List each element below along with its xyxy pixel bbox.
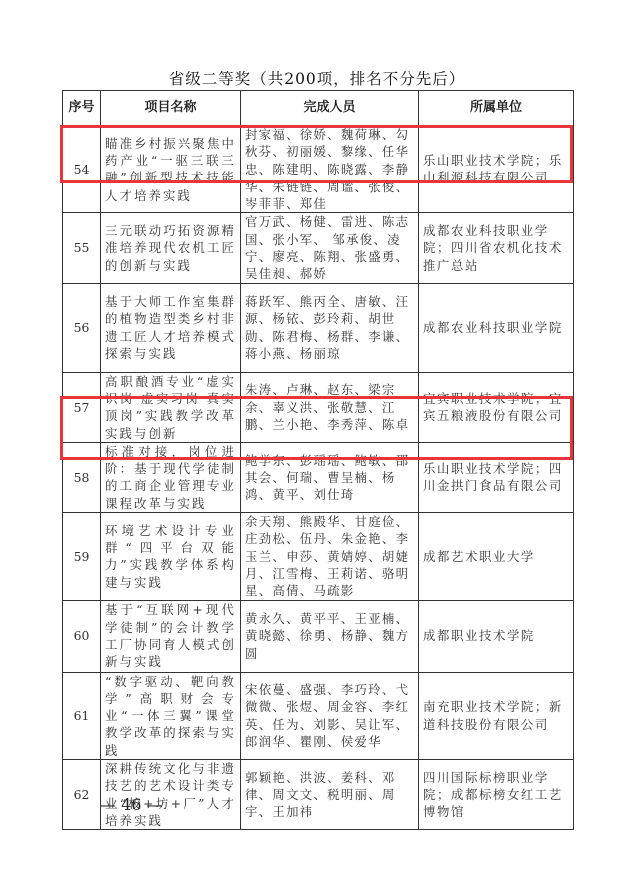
row-people: 余天翔、熊殿华、甘庭俭、庄劲松、伍丹、朱金艳、李玉兰、申莎、黄婧婷、胡婕月、江雪… (241, 513, 419, 600)
table-row: 59 环境艺术设计专业群“四平台双能力”实践教学体系构建与实践 余天翔、熊殿华、… (63, 513, 574, 600)
row-unit: 南充职业技术学院；新道科技股份有限公司 (419, 672, 574, 759)
row-number: 58 (63, 442, 101, 512)
row-project: 环境艺术设计专业群“四平台双能力”实践教学体系构建与实践 (101, 513, 241, 600)
row-project: 标准对接，岗位进阶：基于现代学徒制的工商企业管理专业课程改革与实践 (101, 442, 241, 512)
row-project: “数字驱动、靶向教学”高职财会专业“一体三翼”课堂教学改革的探索与实践 (101, 672, 241, 759)
row-project: 高职酿酒专业“虚实识岗 虚实习岗 真实顶岗”实践教学改革实践与创新 (101, 372, 241, 442)
page-title: 省级二等奖（共200项，排名不分先后） (0, 67, 634, 89)
row-number: 60 (63, 600, 101, 672)
row-number: 56 (63, 283, 101, 372)
table-row: 58 标准对接，岗位进阶：基于现代学徒制的工商企业管理专业课程改革与实践 鲍学东… (63, 442, 574, 512)
header-unit: 所属单位 (419, 91, 574, 126)
row-people: 鲍学东、彭瑶瑶、鲍敏、邵其会、何瑞、曹呈楠、杨鸿、黄平、刘仕琦 (241, 442, 419, 512)
row-unit: 成都艺术职业大学 (419, 513, 574, 600)
row-number: 55 (63, 213, 101, 283)
row-project: 基于“互联网+现代学徒制”的会计教学工厂协同育人模式创新与实践 (101, 600, 241, 672)
row-people: 黄永久、黄平平、王亚楠、黄晓懿、徐勇、杨静、魏方圆 (241, 600, 419, 672)
page-number: — 46 — (100, 795, 163, 814)
table-row: 60 基于“互联网+现代学徒制”的会计教学工厂协同育人模式创新与实践 黄永久、黄… (63, 600, 574, 672)
row-project: 瞄准乡村振兴聚焦中药产业“一驱三联三融”创新型技术技能人才培养实践 (101, 126, 241, 213)
row-unit: 四川国际标榜职业学院；成都标榜女红工艺博物馆 (419, 760, 574, 830)
table-header-row: 序号 项目名称 完成人员 所属单位 (63, 91, 574, 126)
row-people: 官万武、杨健、雷进、陈志国、张小军、 邹承俊、凌宁、廖亮、陈翔、张盛勇、吴佳昶、… (241, 213, 419, 283)
row-number: 62 (63, 760, 101, 830)
row-people: 蒋跃军、熊丙全、唐敏、汪源、杨铱、彭玲莉、胡世勋、陈君梅、杨群、李谦、蒋小燕、杨… (241, 283, 419, 372)
row-project: 三元联动巧拓资源精准培养现代农机工匠的创新与实践 (101, 213, 241, 283)
row-number: 54 (63, 126, 101, 213)
awards-table: 序号 项目名称 完成人员 所属单位 54 瞄准乡村振兴聚焦中药产业“一驱三联三融… (62, 90, 574, 830)
row-number: 59 (63, 513, 101, 600)
table-row: 55 三元联动巧拓资源精准培养现代农机工匠的创新与实践 官万武、杨健、雷进、陈志… (63, 213, 574, 283)
table-row: 61 “数字驱动、靶向教学”高职财会专业“一体三翼”课堂教学改革的探索与实践 宋… (63, 672, 574, 759)
row-unit: 乐山职业技术学院；四川金拱门食品有限公司 (419, 442, 574, 512)
row-unit: 乐山职业技术学院；乐山利源科技有限公司 (419, 126, 574, 213)
header-people: 完成人员 (241, 91, 419, 126)
row-people: 宋依蔓、盛强、李巧玲、弋微微、张煜、周金容、李红英、任为、刘影、吴让军、郎润华、… (241, 672, 419, 759)
row-unit: 宜宾职业技术学院；宜宾五粮液股份有限公司 (419, 372, 574, 442)
row-unit: 成都职业技术学院 (419, 600, 574, 672)
row-number: 61 (63, 672, 101, 759)
header-project: 项目名称 (101, 91, 241, 126)
table-row: 56 基于大师工作室集群的植物造型类乡村非遗工匠人才培养模式探索与实践 蒋跃军、… (63, 283, 574, 372)
row-people: 朱涛、卢琳、赵东、梁宗余、辜义洪、张敬慧、江鹏、兰小艳、李秀萍、陈卓 (241, 372, 419, 442)
table-row: 54 瞄准乡村振兴聚焦中药产业“一驱三联三融”创新型技术技能人才培养实践 封家福… (63, 126, 574, 213)
row-unit: 成都农业科技职业学院 (419, 283, 574, 372)
row-people: 封家福、徐娇、魏荷琳、勾秋芬、初丽媛、黎缘、任华忠、陈建明、陈晓露、李静华、朱链… (241, 126, 419, 213)
header-number: 序号 (63, 91, 101, 126)
row-people: 郭颖艳、洪波、姜科、邓律、周文文、税明丽、周宇、王加祎 (241, 760, 419, 830)
row-unit: 成都农业科技职业学院；四川省农机化技术推广总站 (419, 213, 574, 283)
row-project: 基于大师工作室集群的植物造型类乡村非遗工匠人才培养模式探索与实践 (101, 283, 241, 372)
table-row: 57 高职酿酒专业“虚实识岗 虚实习岗 真实顶岗”实践教学改革实践与创新 朱涛、… (63, 372, 574, 442)
row-number: 57 (63, 372, 101, 442)
